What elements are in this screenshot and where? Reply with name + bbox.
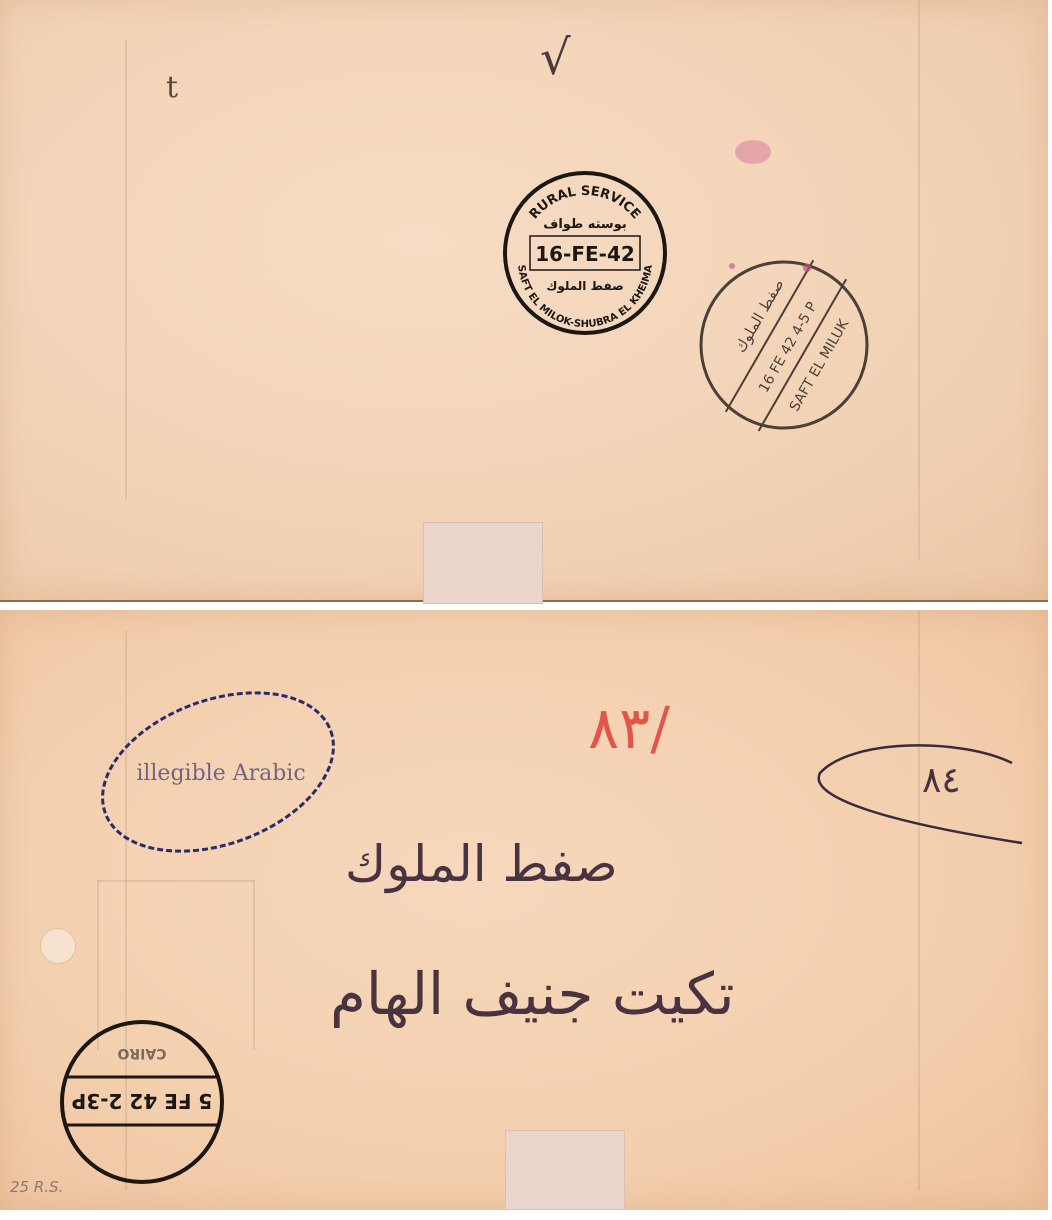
svg-text:SAFT EL MILOK-SHUBRA EL KHEIMA: SAFT EL MILOK-SHUBRA EL KHEIMA bbox=[515, 264, 655, 330]
oval-cachet: illegible Arabic bbox=[96, 680, 346, 865]
faint-rule bbox=[125, 40, 127, 500]
svg-text:CAIRO: CAIRO bbox=[117, 1045, 166, 1061]
svg-text:5 FE 42 2-3P: 5 FE 42 2-3P bbox=[72, 1089, 213, 1113]
red-pencil-number: ٨٣/ bbox=[588, 694, 670, 762]
cover-bottom: illegible Arabic ٨٣/ ٨٤ صفط الملوك تكيت … bbox=[0, 610, 1048, 1210]
svg-text:صفط الملوك: صفط الملوك bbox=[546, 279, 623, 294]
faint-rule bbox=[97, 880, 255, 882]
paper-hole bbox=[40, 928, 76, 964]
check-mark: √ bbox=[540, 30, 571, 86]
hinge-tab bbox=[505, 1130, 625, 1210]
faint-rule bbox=[253, 880, 255, 1050]
ink-smudge bbox=[735, 140, 771, 164]
address-line-2: تكيت جنيف الهام bbox=[330, 960, 735, 1028]
cover-top: t √ RURAL SERVICE SAFT EL MILOK-SHUBRA E… bbox=[0, 0, 1048, 602]
hinge-tab bbox=[423, 522, 543, 604]
cairo-postmark: 5 FE 42 2-3P CAIRO bbox=[55, 1015, 230, 1190]
pencil-mark: t bbox=[166, 70, 178, 105]
faint-rule bbox=[918, 610, 920, 1190]
saft-el-miluk-postmark: 16 FE 42 4-5 P SAFT EL MILUK صفط الملوك bbox=[697, 258, 872, 433]
svg-text:بوسته طواف: بوسته طواف bbox=[543, 217, 626, 232]
circled-number: ٨٤ bbox=[922, 760, 961, 801]
rural-service-postmark: RURAL SERVICE SAFT EL MILOK-SHUBRA EL KH… bbox=[500, 168, 670, 338]
svg-text:16-FE-42: 16-FE-42 bbox=[535, 242, 635, 266]
svg-text:صفط الملوك: صفط الملوك bbox=[731, 276, 788, 356]
faint-rule bbox=[918, 0, 920, 560]
svg-text:illegible Arabic: illegible Arabic bbox=[136, 761, 305, 786]
address-line-1: صفط الملوك bbox=[345, 835, 618, 893]
dealer-note: 25 R.S. bbox=[10, 1178, 63, 1196]
